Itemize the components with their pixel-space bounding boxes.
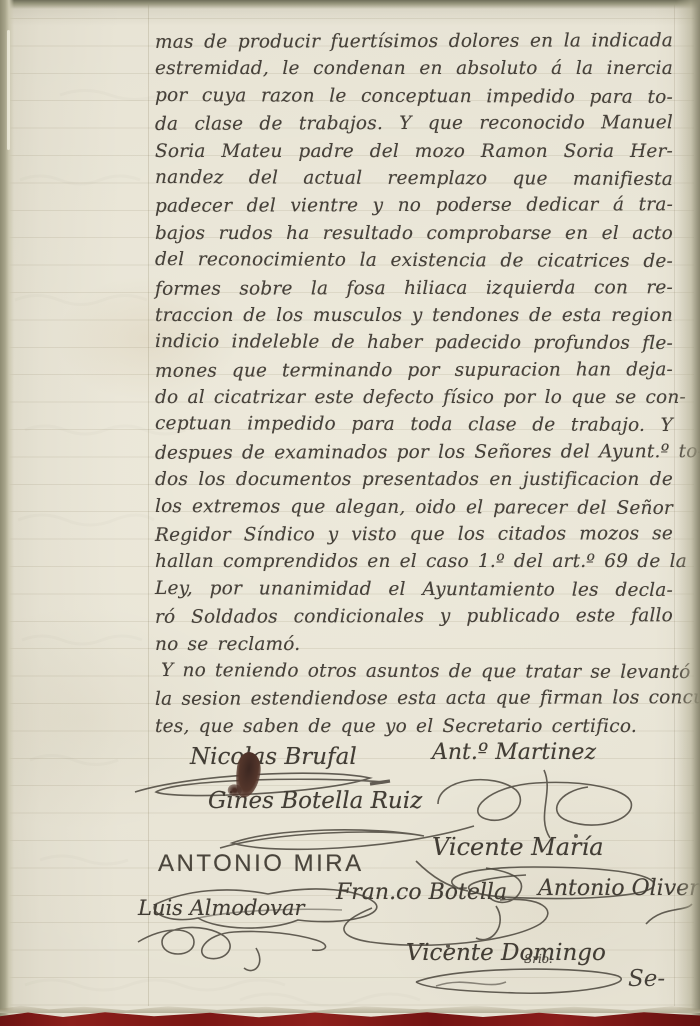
margin-line-left — [148, 0, 149, 1006]
manuscript-line: los extremos que alegan, oido el parecer… — [155, 493, 673, 522]
manuscript-line: dos los documentos presentados en justif… — [155, 466, 673, 493]
manuscript-line: del reconocimiento la existencia de cica… — [155, 246, 673, 275]
manuscript-line: despues de examinados por los Señores de… — [155, 438, 673, 467]
signature-francisco-botella: Fran.co Botella — [336, 880, 507, 905]
manuscript-line: estremidad, le condenan en absoluto á la… — [155, 55, 673, 82]
manuscript-line: do al cicatrizar este defecto físico por… — [155, 384, 673, 411]
manuscript-line: mas de producir fuertísimos dolores en l… — [155, 27, 673, 56]
manuscript-text-block: mas de producir fuertísimos dolores en l… — [155, 28, 673, 740]
manuscript-line: no se reclamó. — [155, 631, 673, 658]
page-right-edge — [676, 0, 700, 1026]
manuscript-line: formes sobre la fosa hiliaca izquierda c… — [155, 274, 673, 303]
signature-antonio-martinez: Ant.º Martinez — [432, 740, 596, 765]
manuscript-line: hallan comprendidos en el caso 1.º del a… — [155, 548, 673, 575]
signature-name: Vicente María — [432, 833, 604, 861]
catchword: Se- — [628, 966, 665, 992]
signature-rubric — [394, 964, 634, 1002]
manuscript-line: Ley, por unanimidad el Ayuntamiento les … — [155, 575, 673, 604]
signature-name: Luis Almodovar — [138, 896, 305, 920]
signature-rubric — [134, 918, 338, 976]
margin-line-right — [674, 0, 675, 1006]
manuscript-line: por cuya razon le conceptuan impedido pa… — [155, 82, 673, 111]
signature-vicente-domingo: Vicente Domingo Srio. — [406, 940, 606, 966]
manuscript-line: Soria Mateu padre del mozo Ramon Soria H… — [155, 138, 673, 165]
page-top-edge — [0, 0, 700, 9]
manuscript-line: Y no teniendo otros asuntos de que trata… — [155, 657, 673, 686]
manuscript-line: traccion de los musculos y tendones de e… — [155, 302, 673, 329]
manuscript-line: nandez del actual reemplazo que manifies… — [155, 164, 673, 193]
signature-name: Vicente Domingo — [406, 940, 606, 966]
manuscript-line: la sesion estendiendose esta acta que fi… — [155, 685, 673, 714]
manuscript-line: Regidor Síndico y visto que los citados … — [155, 520, 673, 549]
manuscript-page: mas de producir fuertísimos dolores en l… — [0, 0, 700, 1026]
manuscript-line: bajos rudos ha resultado comprobarse en … — [155, 220, 673, 247]
manuscript-line: padecer del vientre y no poderse dedicar… — [155, 192, 673, 221]
signature-nicolas-brufal: Nicolas Brufal — [190, 744, 357, 770]
signature-luis-almodovar: Luis Almodovar — [138, 896, 305, 920]
signature-vicente-maria: Vicente María — [432, 833, 604, 861]
signature-name: Ant.º Martinez — [432, 740, 596, 765]
manuscript-line: tes, que saben de que yo el Secretario c… — [155, 713, 673, 740]
binding-gutter-edge — [0, 0, 14, 1026]
manuscript-line: ró Soldados condicionales y publicado es… — [155, 602, 673, 631]
manuscript-line: indicio indeleble de haber padecido prof… — [155, 328, 673, 357]
secretary-abbreviation: Srio. — [524, 952, 553, 966]
manuscript-line: mones que terminando por supuracion han … — [155, 356, 673, 385]
manuscript-line: da clase de trabajos. Y que reconocido M… — [155, 109, 673, 138]
paper-deckle-edge — [0, 1004, 700, 1013]
manuscript-line: ceptuan impedido para toda clase de trab… — [155, 410, 673, 439]
red-cover-strip — [0, 1011, 700, 1026]
